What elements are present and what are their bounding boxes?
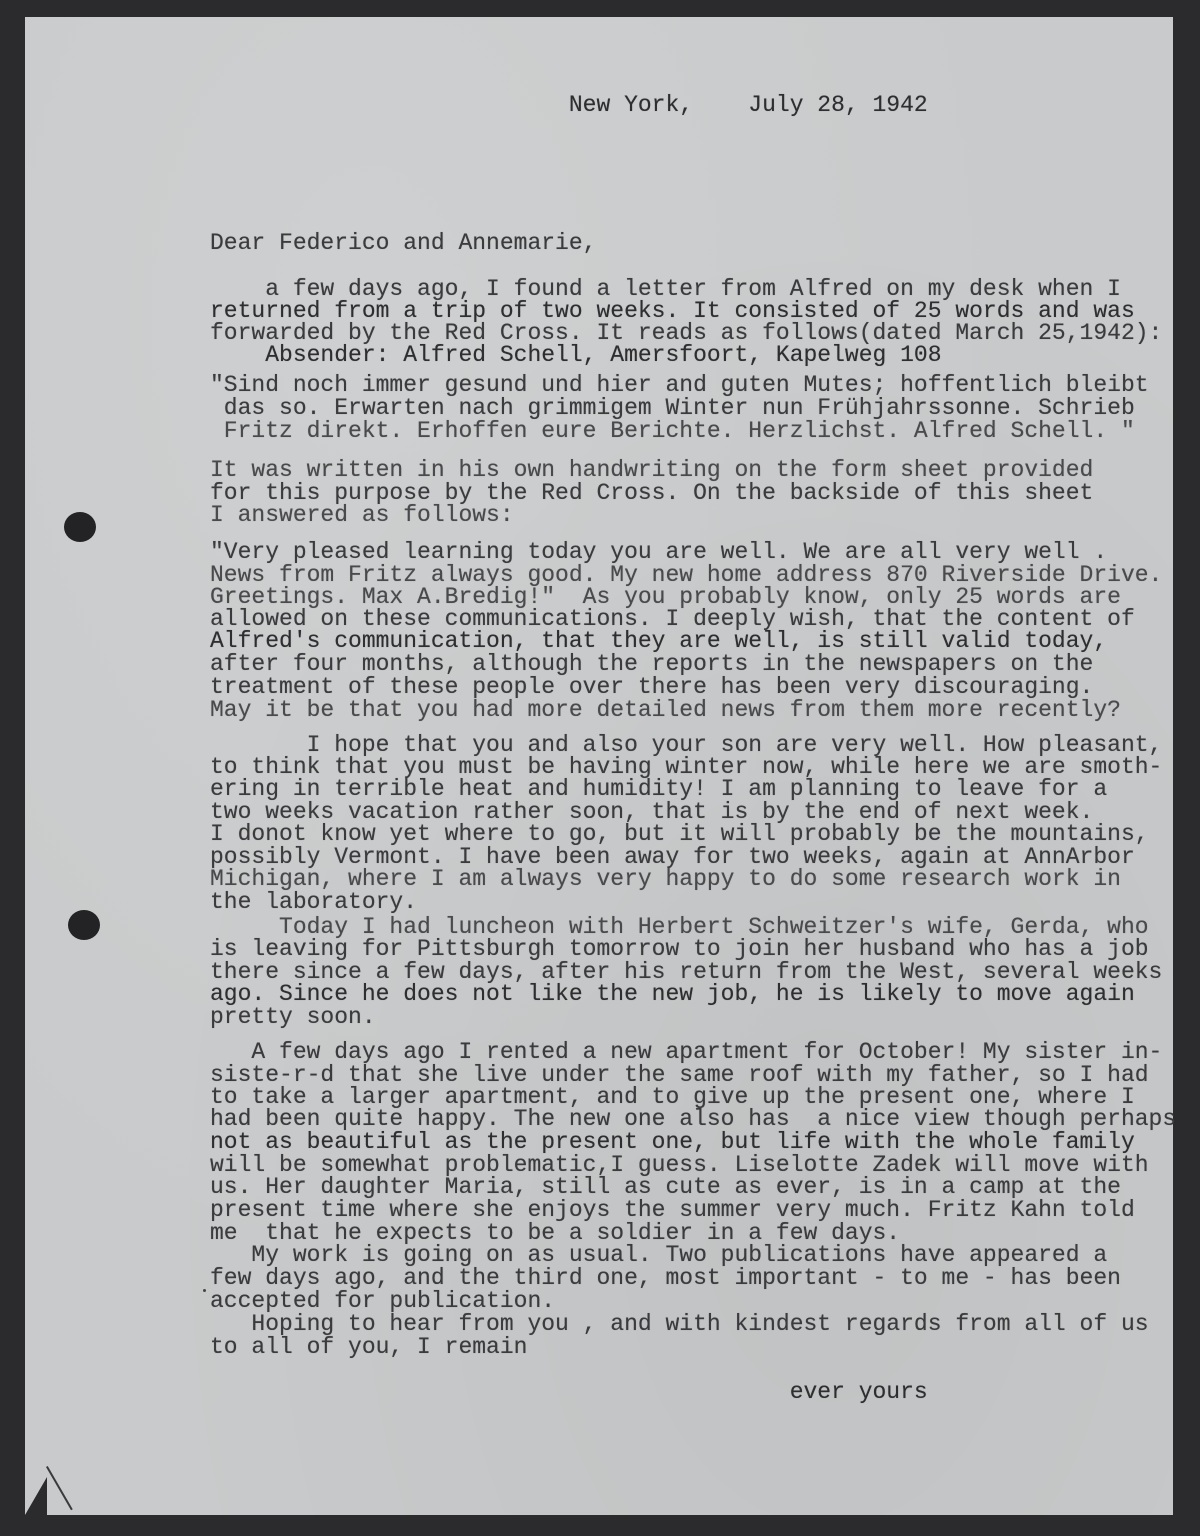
p8-line: accepted for publication. (210, 1290, 555, 1312)
p1-line: a few days ago, I found a letter from Al… (210, 278, 1121, 300)
p7-line: had been quite happy. The new one also h… (210, 1108, 1176, 1130)
p9-line: to all of you, I remain (210, 1336, 527, 1358)
p5-line: two weeks vacation rather soon, that is … (210, 801, 1093, 823)
p5-line: ering in terrible heat and humidity! I a… (210, 778, 1107, 800)
p4-line: May it be that you had more detailed new… (210, 699, 1121, 721)
torn-corner (25, 1477, 47, 1515)
p6-line: pretty soon. (210, 1006, 376, 1028)
p7-line: us. Her daughter Maria, still as cute as… (210, 1176, 1121, 1198)
p5-line: possibly Vermont. I have been away for t… (210, 846, 1135, 868)
punch-hole-top (64, 512, 96, 542)
p1-sender-line: Absender: Alfred Schell, Amersfoort, Kap… (210, 344, 942, 366)
p7-line: me that he expects to be a soldier in a … (210, 1222, 900, 1244)
p7-line: siste-r-d that she live under the same r… (210, 1064, 1149, 1086)
quote-line: "Sind noch immer gesund und hier and gut… (210, 374, 1149, 396)
p4-line: allowed on these communications. I deepl… (210, 608, 1135, 630)
quote-line: Fritz direkt. Erhoffen eure Berichte. He… (210, 420, 1135, 442)
p8-line: few days ago, and the third one, most im… (210, 1267, 1121, 1289)
p4-line: after four months, although the reports … (210, 653, 1093, 675)
p5-line: to think that you must be having winter … (210, 756, 1162, 778)
p5-line: I hope that you and also your son are ve… (210, 734, 1162, 756)
quote-line: das so. Erwarten nach grimmigem Winter n… (210, 397, 1135, 419)
p5-line: Michigan, where I am always very happy t… (210, 868, 1121, 890)
p3-line: It was written in his own handwriting on… (210, 459, 1093, 481)
p6-line: Today I had luncheon with Herbert Schwei… (210, 916, 1149, 938)
punch-hole-bottom (68, 910, 100, 940)
p1-line: forwarded by the Red Cross. It reads as … (210, 322, 1162, 344)
p4-line: treatment of these people over there has… (210, 676, 1093, 698)
ink-speck (203, 1289, 206, 1292)
p9-line: Hoping to hear from you , and with kinde… (210, 1313, 1149, 1335)
p7-line: not as beautiful as the present one, but… (210, 1131, 1135, 1153)
p4-line: Greetings. Max A.Bredig!" As you probabl… (210, 586, 1121, 608)
p4-line: Alfred's communication, that they are we… (210, 630, 1107, 652)
closing: ever yours (210, 1381, 928, 1403)
p6-line: is leaving for Pittsburgh tomorrow to jo… (210, 938, 1149, 960)
p4-line: News from Fritz always good. My new home… (210, 564, 1162, 586)
salutation: Dear Federico and Annemarie, (210, 232, 596, 254)
p3-line: for this purpose by the Red Cross. On th… (210, 482, 1093, 504)
p1-line: returned from a trip of two weeks. It co… (210, 300, 1135, 322)
p4-line: "Very pleased learning today you are wel… (210, 541, 1107, 563)
p7-line: will be somewhat problematic,I guess. Li… (210, 1154, 1149, 1176)
p3-line: I answered as follows: (210, 504, 514, 526)
p8-line: My work is going on as usual. Two public… (210, 1244, 1107, 1266)
p7-line: A few days ago I rented a new apartment … (210, 1041, 1162, 1063)
p7-line: to take a larger apartment, and to give … (210, 1086, 1135, 1108)
p7-line: present time where she enjoys the summer… (210, 1199, 1135, 1221)
p5-line: I donot know yet where to go, but it wil… (210, 823, 1149, 845)
p6-line: ago. Since he does not like the new job,… (210, 983, 1135, 1005)
p6-line: there since a few days, after his return… (210, 961, 1162, 983)
p5-line: the laboratory. (210, 891, 417, 913)
letter-header-place-date: New York, July 28, 1942 (210, 94, 928, 116)
